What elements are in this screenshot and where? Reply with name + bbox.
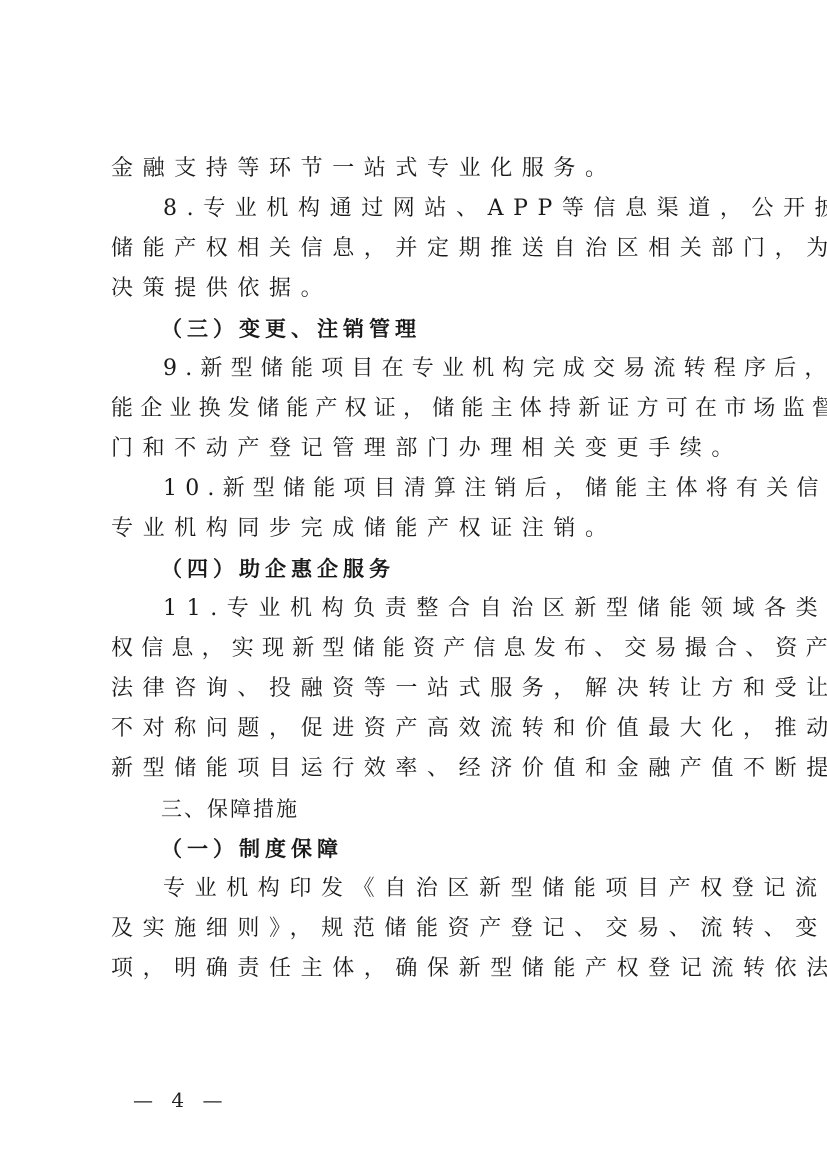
section-heading-safeguards: 三、保障措施 xyxy=(111,789,723,829)
paragraph-line-item-9: 9.新型储能项目在专业机构完成交易流转程序后，由其为储 xyxy=(111,349,723,389)
subheading-institutional-safeguard: （一）制度保障 xyxy=(111,829,723,869)
paragraph-line-item-8: 8.专业机构通过网站、APP等信息渠道，公开披露新型 xyxy=(111,189,723,229)
paragraph-line: 权信息，实现新型储能资产信息发布、交易撮合、资产评估、 xyxy=(111,629,723,669)
paragraph-line: 及实施细则》，规范储能资产登记、交易、流转、变更等事 xyxy=(111,909,723,949)
subheading-change-cancel-management: （三）变更、注销管理 xyxy=(111,309,723,349)
paragraph-line: 决策提供依据。 xyxy=(111,269,723,309)
paragraph-line: 法律咨询、投融资等一站式服务，解决转让方和受让方信息 xyxy=(111,669,723,709)
subheading-enterprise-services: （四）助企惠企服务 xyxy=(111,549,723,589)
paragraph-line: 专业机构同步完成储能产权证注销。 xyxy=(111,509,723,549)
paragraph-line: 金融支持等环节一站式专业化服务。 xyxy=(111,149,723,189)
page-number: — 4 — xyxy=(133,1088,228,1112)
paragraph-line: 储能产权相关信息，并定期推送自治区相关部门，为其科学 xyxy=(111,229,723,269)
paragraph-line-item-11: 11.专业机构负责整合自治区新型储能领域各类项目产 xyxy=(111,589,723,629)
document-page: 金融支持等环节一站式专业化服务。 8.专业机构通过网站、APP等信息渠道，公开披… xyxy=(0,0,827,1170)
paragraph-line: 专业机构印发《自治区新型储能项目产权登记流转指引 xyxy=(111,869,723,909)
document-body: 金融支持等环节一站式专业化服务。 8.专业机构通过网站、APP等信息渠道，公开披… xyxy=(111,149,723,989)
paragraph-line: 新型储能项目运行效率、经济价值和金融产值不断提升。 xyxy=(111,749,723,789)
paragraph-line-item-10: 10.新型储能项目清算注销后，储能主体将有关信息提交 xyxy=(111,469,723,509)
paragraph-line: 门和不动产登记管理部门办理相关变更手续。 xyxy=(111,429,723,469)
paragraph-line: 项，明确责任主体，确保新型储能产权登记流转依法合规进 xyxy=(111,949,723,989)
paragraph-line: 能企业换发储能产权证，储能主体持新证方可在市场监督管理部 xyxy=(111,389,723,429)
paragraph-line: 不对称问题，促进资产高效流转和价值最大化，推动自治区 xyxy=(111,709,723,749)
